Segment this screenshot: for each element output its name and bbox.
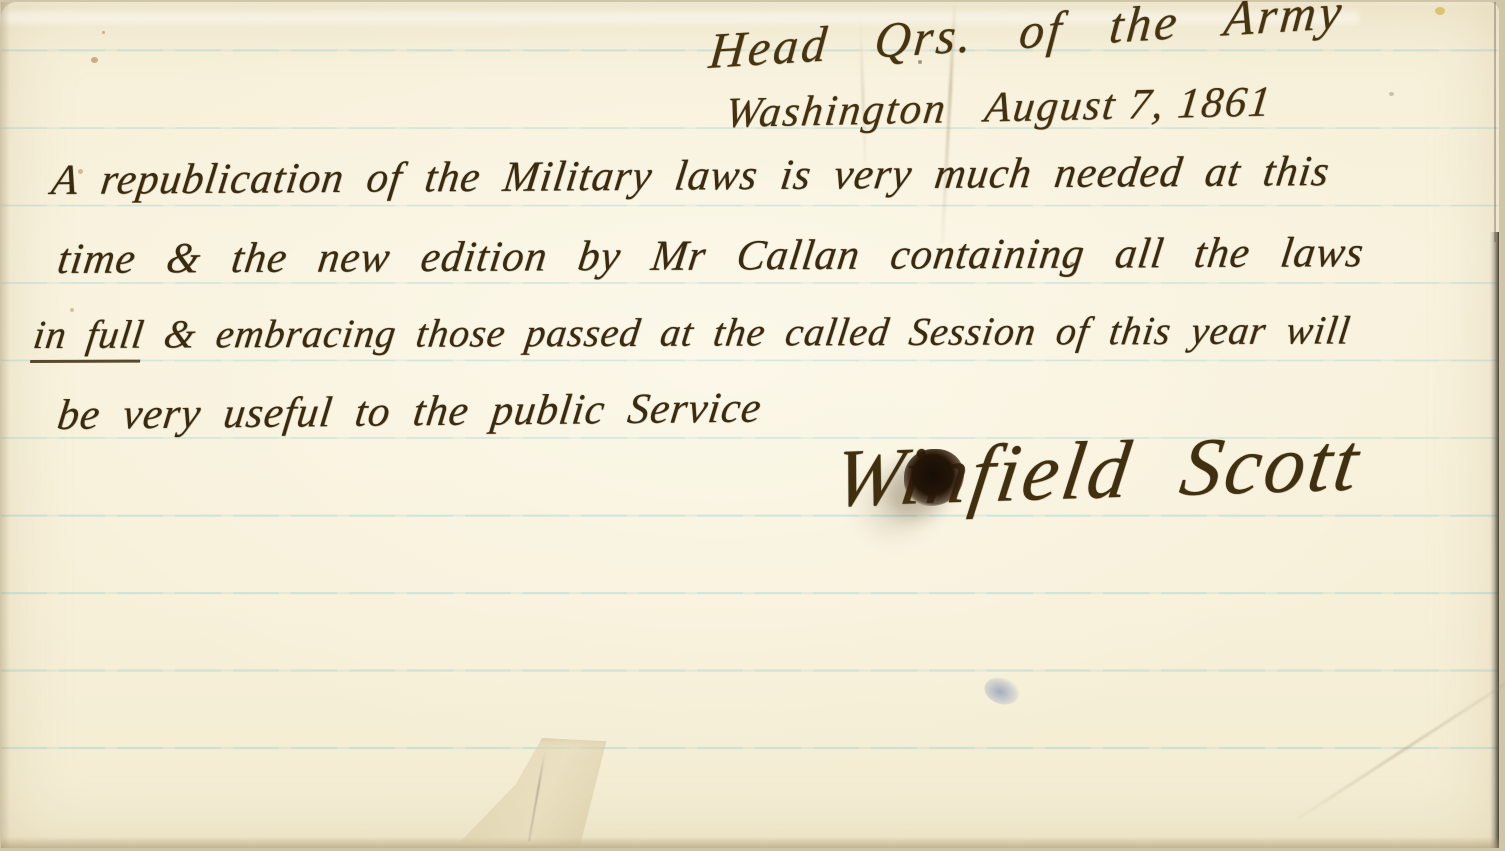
scanned-letter: Head Qrs. of the Army WashingtonAugust 7… <box>0 0 1505 851</box>
dateline-date: August 7, 1861 <box>982 78 1275 131</box>
foxing-speck <box>91 57 98 63</box>
foxing-speck <box>102 31 105 34</box>
body-line-3-rest: & embracing those passed at the called S… <box>161 307 1353 356</box>
paper-right-edge-hairline <box>1494 2 1496 242</box>
foxing-speck <box>1389 92 1394 96</box>
dateline-place: Washington <box>723 85 950 137</box>
paper-right-edge-shade <box>1490 232 1499 848</box>
underlined-phrase: in full <box>30 312 147 363</box>
letter-paper: Head Qrs. of the Army WashingtonAugust 7… <box>1 2 1499 848</box>
foxing-speck <box>1435 7 1445 15</box>
body-line-3: in full & embracing those passed at the … <box>31 310 1353 355</box>
corner-crease <box>1297 682 1505 820</box>
body-line-4: be very useful to the public Service <box>55 387 764 437</box>
body-line-2: time & the new edition by Mr Callan cont… <box>55 231 1367 281</box>
blue-ink-smudge <box>981 673 1023 709</box>
letterhead-dateline: WashingtonAugust 7, 1861 <box>723 80 1275 135</box>
paper-bottom-edge-shade <box>1 837 1499 848</box>
paper-left-edge-shade <box>1 2 10 848</box>
dateline-gap <box>945 122 983 123</box>
body-line-1: A republication of the Military laws is … <box>49 150 1332 202</box>
